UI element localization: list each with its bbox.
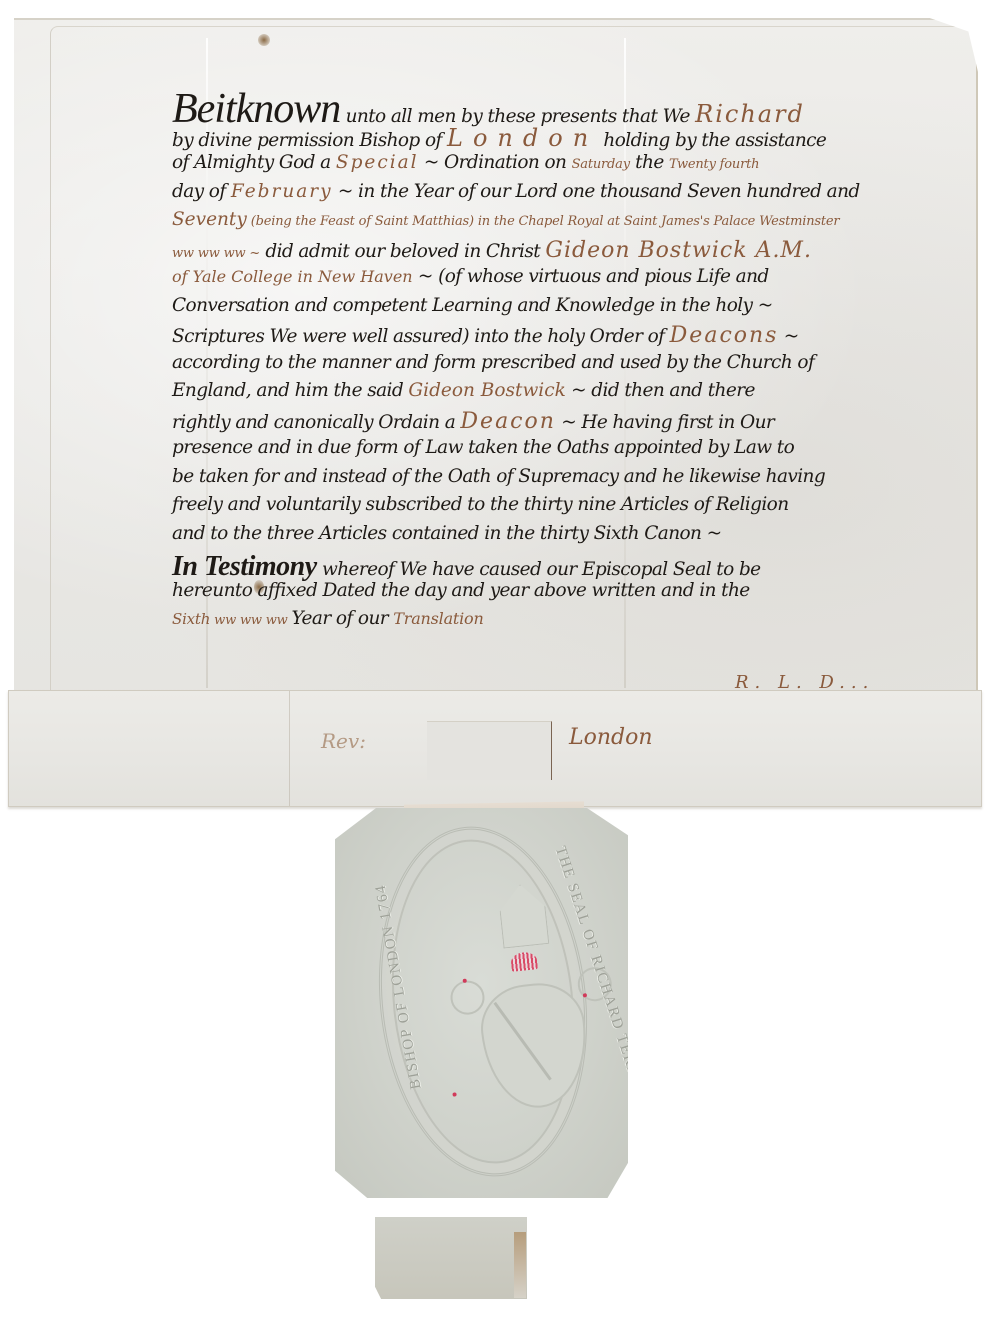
shell-icon [510,951,538,972]
flap-fold-line [289,691,290,806]
text-line-1: Beitknown unto all men by these presents… [172,95,972,124]
text-line-6: ww ww ww ~ did admit our beloved in Chri… [172,238,972,267]
text-line-17: In Testimony whereof We have caused our … [172,551,972,580]
ink-stain [258,34,270,46]
red-wax-trace [452,1092,456,1096]
seal-tag-edge [514,1232,526,1298]
paper-seal: THE SEAL OF RICHARD TERRICK BISHOP OF LO… [335,808,628,1198]
text-line-14: be taken for and instead of the Oath of … [172,466,972,495]
text-line-13: presence and in due form of Law taken th… [172,437,972,466]
text-line-3: of Almighty God a Special ~ Ordination o… [172,152,972,181]
document-body: Beitknown unto all men by these presents… [172,95,972,637]
endorsement-left: Rev: [321,729,366,753]
mitre-icon [497,882,549,948]
scroll-ornament-icon [449,979,486,1016]
text-line-10: according to the manner and form prescri… [172,352,972,381]
candidate-name: Gideon Bostwick A.M. [545,238,812,263]
endorsement-right: London [569,725,653,750]
text-line-9: Scriptures We were well assured) into th… [172,323,972,352]
text-line-18: hereunto affixed Dated the day and year … [172,580,972,609]
text-line-8: Conversation and competent Learning and … [172,295,972,324]
text-line-7: of Yale College in New Haven ~ (of whose… [172,266,972,295]
text-line-5: Seventy (being the Feast of Saint Matthi… [172,209,972,238]
text-line-2: by divine permission Bishop of London ho… [172,124,972,153]
testimony-heading: In Testimony [172,551,317,582]
text-line-19: Sixth ww ww ww Year of our Translation [172,608,972,637]
text-line-4: day of February ~ in the Year of our Lor… [172,181,972,210]
coat-of-arms-shield-icon [477,979,593,1113]
seal-tag-slot [427,721,552,780]
folded-flap: Rev: London [8,690,982,807]
text-line-11: England, and him the said Gideon Bostwic… [172,380,972,409]
text-line-12: rightly and canonically Ordain a Deacon … [172,409,972,438]
seal-tag-bottom [375,1217,527,1299]
text-line-15: freely and voluntarily subscribed to the… [172,494,972,523]
see-name: London [447,124,598,152]
text-line-16: and to the three Articles contained in t… [172,523,972,552]
